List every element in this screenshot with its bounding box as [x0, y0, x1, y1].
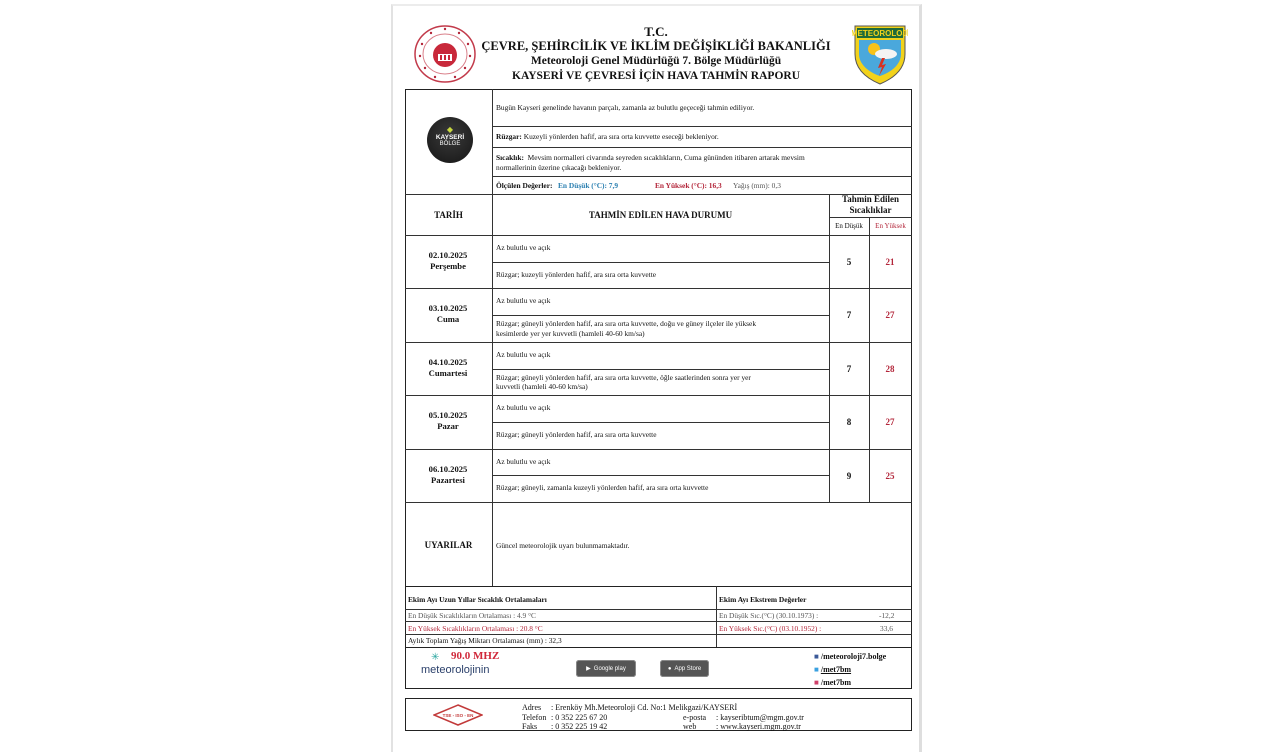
- footer-labels: AdresTelefonFaks: [522, 703, 546, 732]
- summary-wind: Rüzgar: Kuzeyli yönlerden hafif, ara sır…: [496, 132, 719, 141]
- row-sky: Az bulutlu ve açık: [496, 296, 550, 305]
- footer-values-right: : kayseribtum@mgm.gov.tr: www.kayseri.mg…: [716, 713, 804, 732]
- instagram-link[interactable]: ■ /met7bm: [814, 678, 851, 687]
- footer-values: : Erenköy Mh.Meteoroloji Cd. No:1 Melikg…: [551, 703, 737, 732]
- apple-icon: ●: [668, 666, 672, 672]
- col-header-date: TARİH: [405, 210, 492, 220]
- app-store-button[interactable]: ●App Store: [660, 660, 709, 677]
- row-min-temp: 8: [829, 417, 869, 427]
- row-wind: Rüzgar; kuzeyli yönlerden hafif, ara sır…: [496, 270, 826, 280]
- header-ministry: ÇEVRE, ŞEHİRCİLİK VE İKLİM DEĞİŞİKLİĞİ B…: [393, 39, 919, 54]
- row-min-temp: 7: [829, 364, 869, 374]
- measured-rain: Yağış (mm): 0,3: [733, 181, 781, 190]
- radio-name[interactable]: meteorolojinin: [421, 664, 489, 676]
- row-sky: Az bulutlu ve açık: [496, 457, 550, 466]
- climate-left-title: Ekim Ayı Uzun Yıllar Sıcaklık Ortalamala…: [408, 595, 547, 604]
- row-date: 06.10.2025Pazartesi: [405, 464, 491, 486]
- radio-frequency: 90.0 MHZ: [451, 650, 499, 662]
- facebook-link[interactable]: ■ /meteoroloji7.bolge: [814, 652, 886, 661]
- row-min-temp: 7: [829, 310, 869, 320]
- row-min-temp: 5: [829, 257, 869, 267]
- summary-temperature: Sıcaklık: Mevsim normalleri civarında se…: [496, 153, 906, 172]
- warnings-text: Güncel meteorolojik uyarı bulunmamaktadı…: [496, 541, 629, 550]
- row-wind: Rüzgar; güneyli yönlerden hafif, ara sır…: [496, 373, 826, 392]
- row-wind: Rüzgar; güneyli, zamanla kuzeyli yönlerd…: [496, 483, 826, 493]
- header-directorate: Meteoroloji Genel Müdürlüğü 7. Bölge Müd…: [393, 54, 919, 69]
- extreme-min-label: En Düşük Sıc.(°C) (30.10.1973) :: [719, 611, 818, 620]
- measured-label: Ölçülen Değerler:: [496, 181, 552, 190]
- facebook-icon: ■: [814, 652, 819, 661]
- row-wind: Rüzgar; güneyli yönlerden hafif, ara sır…: [496, 430, 826, 440]
- footer-web[interactable]: : www.kayseri.mgm.gov.tr: [716, 722, 804, 732]
- svg-text:TSE - ISO - EN: TSE - ISO - EN: [443, 713, 474, 718]
- row-max-temp: 27: [870, 417, 910, 427]
- extreme-max-value: 33,6: [880, 624, 893, 633]
- row-date: 02.10.2025Perşembe: [405, 250, 491, 272]
- badge-pin-icon: ◆: [427, 125, 473, 134]
- google-play-button[interactable]: ▶Google play: [576, 660, 636, 677]
- footer-fax: : 0 352 225 19 42: [551, 722, 737, 732]
- extreme-max-label: En Yüksek Sıc.(°C) (03.10.1952) :: [719, 624, 821, 633]
- row-sky: Az bulutlu ve açık: [496, 403, 550, 412]
- twitter-icon: ■: [814, 665, 819, 674]
- row-date: 03.10.2025Cuma: [405, 303, 491, 325]
- tse-cert-icon: TSE - ISO - EN: [433, 704, 483, 726]
- summary-general: Bugün Kayseri genelinde havanın parçalı,…: [496, 103, 754, 112]
- report-page: METEOROLOJİ T.C. ÇEVRE, ŞEHİRCİLİK VE İK…: [391, 4, 922, 752]
- footer-phone: : 0 352 225 67 20: [551, 713, 737, 723]
- row-max-temp: 27: [870, 310, 910, 320]
- row-sky: Az bulutlu ve açık: [496, 350, 550, 359]
- row-max-temp: 25: [870, 471, 910, 481]
- report-header: T.C. ÇEVRE, ŞEHİRCİLİK VE İKLİM DEĞİŞİKL…: [393, 24, 919, 84]
- row-max-temp: 21: [870, 257, 910, 267]
- kayseri-bolge-badge: ◆ KAYSERİ BÖLGE: [427, 117, 473, 163]
- climate-avg-max: En Yüksek Sıcaklıkların Ortalaması : 20.…: [408, 624, 543, 633]
- extreme-min-value: -12,2: [879, 611, 894, 620]
- col-header-temps: Tahmin EdilenSıcaklıklar: [829, 194, 912, 216]
- footer-labels-right: e-postaweb: [683, 713, 706, 732]
- measured-min: En Düşük (°C): 7,9: [558, 181, 618, 190]
- climate-avg-rain: Aylık Toplam Yağış Miktarı Ortalaması (m…: [408, 636, 562, 645]
- climate-avg-min: En Düşük Sıcaklıkların Ortalaması : 4.9 …: [408, 611, 536, 620]
- row-sky: Az bulutlu ve açık: [496, 243, 550, 252]
- col-header-weather: TAHMİN EDİLEN HAVA DURUMU: [492, 210, 829, 220]
- row-date: 04.10.2025Cumartesi: [405, 357, 491, 379]
- header-tc: T.C.: [393, 24, 919, 39]
- measured-max: En Yüksek (°C): 16,3: [655, 181, 722, 190]
- instagram-icon: ■: [814, 678, 819, 687]
- twitter-link[interactable]: ■ /met7bm: [814, 665, 851, 674]
- col-header-max: En Yüksek: [869, 222, 912, 230]
- row-max-temp: 28: [870, 364, 910, 374]
- warnings-label: UYARILAR: [405, 540, 492, 550]
- radio-antenna-icon: ✳: [431, 652, 439, 663]
- row-min-temp: 9: [829, 471, 869, 481]
- climate-right-title: Ekim Ayı Ekstrem Değerler: [719, 595, 806, 604]
- play-icon: ▶: [586, 665, 591, 672]
- footer-email[interactable]: : kayseribtum@mgm.gov.tr: [716, 713, 804, 723]
- row-wind: Rüzgar; güneyli yönlerden hafif, ara sır…: [496, 319, 826, 338]
- header-report-title: KAYSERİ VE ÇEVRESİ İÇİN HAVA TAHMİN RAPO…: [393, 69, 919, 84]
- footer-address: : Erenköy Mh.Meteoroloji Cd. No:1 Melikg…: [551, 703, 737, 713]
- row-date: 05.10.2025Pazar: [405, 410, 491, 432]
- col-header-min: En Düşük: [829, 222, 869, 230]
